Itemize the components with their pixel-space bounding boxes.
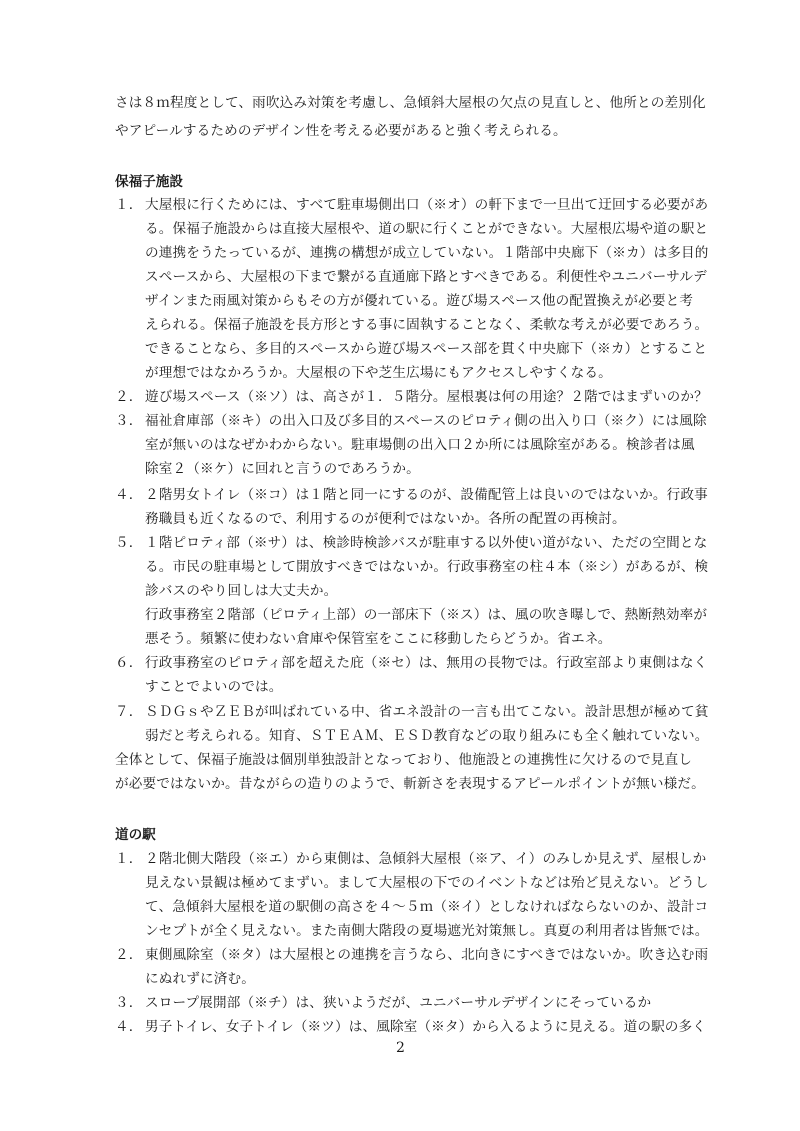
list-item-text: 弱だと考えられる。知育、ＳＴＥＡＭ、ＥＳＤ教育などの取り組みにも全く触れていない… (145, 726, 709, 746)
list-item-text: 東側風除室（※タ）は大屋根との連携を言うなら、北向きにすべきではないか。吹き込む… (145, 945, 708, 965)
summary-line: が必要ではないか。昔ながらの造りのようで、斬新さを表現するアピールポイントが無い… (115, 774, 705, 794)
list-item-text: ンセプトが全く見えない。また南側大階段の夏場遮光対策無し。真夏の利用者は皆無では… (145, 921, 709, 941)
list-item-text: ２階男女トイレ（※コ）は１階と同一にするのが、設備配管上は良いのではないか。行政… (145, 485, 708, 505)
list-item-number: １． (115, 849, 143, 869)
intro-line: やアピールするためのデザイン性を考える必要があると強く考えられる。 (115, 121, 567, 141)
list-item-number: ５． (115, 533, 143, 553)
list-item-number: ７． (115, 702, 143, 722)
list-item-number: ４． (115, 1017, 143, 1037)
list-item-text: が理想ではなかろうか。大屋根の下や芝生広場にもアクセスしやすくなる。 (145, 363, 612, 383)
list-item-text: ２階北側大階段（※エ）から東側は、急傾斜大屋根（※ア、イ）のみしか見えず、屋根し… (145, 849, 706, 869)
section-heading-hofukushi: 保福子施設 (115, 172, 183, 192)
list-item-text: 遊び場スペース（※ソ）は、高さが１．５階分。屋根裏は何の用途？２階ではまずいのか… (145, 387, 708, 407)
list-item-number: ３． (115, 411, 143, 431)
list-item-text: 行政事務室２階部（ピロティ上部）の一部床下（※ス）は、風の吹き曝しで、熱断熱効率… (145, 605, 707, 625)
summary-line: 全体として、保福子施設は個別単独設計となっており、他施設との連携性に欠けるので見… (115, 750, 692, 770)
list-item-text: えられる。保福子施設を長方形とする事に固執することなく、柔軟な考えが必要であろう… (145, 315, 708, 335)
list-item-number: １． (115, 195, 143, 215)
list-item-text: できることなら、多目的スペースから遊び場スペース部を貫く中央廊下（※カ）とするこ… (145, 339, 707, 359)
list-item-text: １階ピロティ部（※サ）は、検診時検診バスが駐車する以外使い道がない、ただの空間と… (145, 533, 707, 553)
list-item-text: ザインまた雨風対策からもその方が優れている。遊び場スペース他の配置換えが必要と考 (145, 291, 693, 311)
list-item-text: スペースから、大屋根の下まで繋がる直通廊下路とすべきである。利便性やユニバーサル… (145, 267, 707, 287)
list-item-text: の連携をうたっているが、連携の構想が成立していない。１階部中央廊下（※カ）は多目… (145, 243, 709, 263)
list-item-text: る。保福子施設からは直接大屋根や、道の駅に行くことができない。大屋根広場や道の駅… (145, 219, 708, 239)
list-item-text: にぬれずに済む。 (145, 969, 255, 989)
list-item-text: 福祉倉庫部（※キ）の出入口及び多目的スペースのピロティ側の出入り口（※ク）には風… (145, 411, 707, 431)
list-item-text: すことでよいのでは。 (145, 677, 282, 697)
list-item-text: 務職員も近くなるので、利用するのが便利ではないか。各所の配置の再検討。 (145, 509, 626, 529)
intro-line: さは８ｍ程度として、雨吹込み対策を考慮し、急傾斜大屋根の欠点の見直しと、他所との… (115, 93, 706, 113)
list-item-text: 男子トイレ、女子トイレ（※ツ）は、風除室（※タ）から入るように見える。道の駅の多… (145, 1017, 706, 1037)
list-item-number: ６． (115, 653, 143, 673)
list-item-text: スロープ展開部（※チ）は、狭いようだが、ユニバーサルデザインにそっているか (145, 993, 651, 1013)
list-item-text: 悪そう。頻繁に使わない倉庫や保管室をここに移動したらどうか。省エネ。 (145, 629, 611, 649)
list-item-text: 見えない景観は極めてまずい。まして大屋根の下でのイベントなどは殆ど見えない。どう… (145, 873, 709, 893)
list-item-text: 診バスのやり回しは大丈夫か。 (145, 581, 337, 601)
list-item-number: ２． (115, 945, 143, 965)
list-item-number: ３． (115, 993, 143, 1013)
list-item-text: 室が無いのはなぜかわからない。駐車場側の出入口２か所には風除室がある。検診者は風 (145, 435, 695, 455)
list-item-text: る。市民の駐車場として開放すべきではないか。行政事務室の柱４本（※シ）があるが、… (145, 557, 708, 577)
page-number: 2 (396, 1040, 405, 1056)
list-item-number: ４． (115, 485, 143, 505)
section-heading-michinoeki: 道の駅 (115, 825, 156, 845)
list-item-number: ２． (115, 387, 143, 407)
list-item-text: 大屋根に行くためには、すべて駐車場側出口（※オ）の軒下まで一旦出て迂回する必要が… (145, 195, 708, 215)
list-item-text: 行政事務室のピロティ部を超えた庇（※セ）は、無用の長物では。行政室部より東側はな… (145, 653, 707, 673)
list-item-text: て、急傾斜大屋根を道の駅側の高さを４～５ｍ（※イ）としなければならないのか、設計… (145, 897, 708, 917)
list-item-text: 除室２（※ケ）に回れと言うのであろうか。 (145, 459, 420, 479)
list-item-text: ＳＤＧｓやＺＥＢが叫ばれている中、省エネ設計の一言も出てこない。設計思想が極めて… (145, 702, 709, 722)
